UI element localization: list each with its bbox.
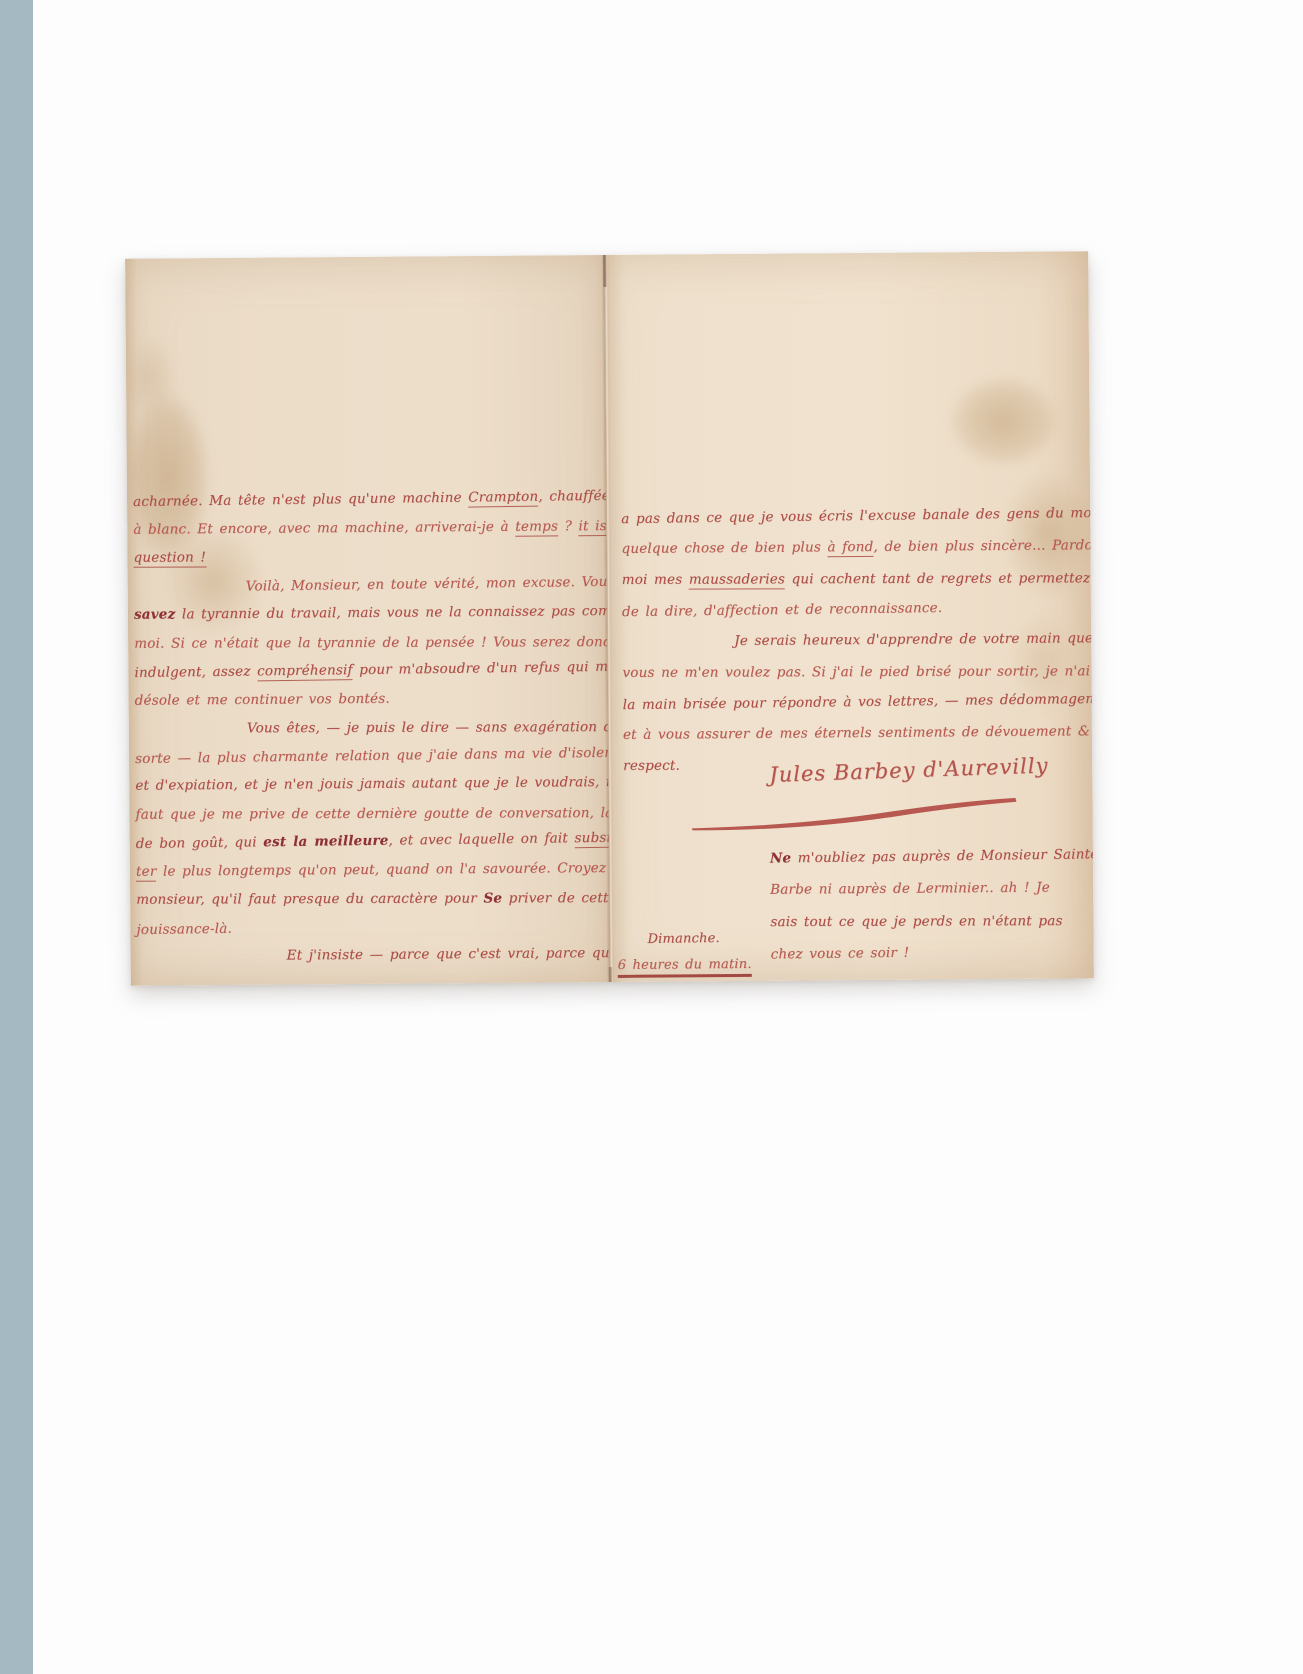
underlined-word: 6 heures du matin.	[618, 957, 752, 978]
handwritten-line: Barbe ni auprès de Lerminier.. ah ! Je	[770, 871, 1070, 905]
scan-page: acharnée. Ma tête n'est plus qu'une mach…	[0, 0, 1303, 1674]
underlined-word: maussaderies	[689, 571, 785, 589]
handwritten-line: Ne m'oubliez pas auprès de Monsieur Sain…	[770, 839, 1070, 875]
handwritten-line: sorte — la plus charmante relation que j…	[135, 738, 605, 773]
underlined-word: it is the	[578, 517, 609, 535]
handwritten-line: monsieur, qu'il faut presque du caractèr…	[136, 884, 606, 914]
handwritten-line: de la dire, d'affection et de reconnaiss…	[622, 591, 1084, 628]
handwritten-line: quelque chose de bien plus à fond, de bi…	[621, 530, 1083, 565]
handwritten-line: Je serais heureux d'apprendre de votre m…	[622, 623, 1084, 658]
handwritten-line: Vous êtes, — je puis le dire — sans exag…	[135, 713, 605, 743]
handwritten-line: savez la tyrannie du travail, mais vous …	[134, 597, 604, 629]
signature-flourish-stroke	[689, 793, 1019, 834]
emphasized-word: Se	[483, 890, 502, 906]
handwritten-line: chez vous ce soir !	[770, 935, 1070, 971]
emphasized-word: savez	[134, 606, 176, 622]
handwritten-line: désole et me continuer vos bontés.	[135, 683, 605, 715]
handwritten-line: sais tout ce que je perds en n'étant pas	[770, 905, 1070, 938]
handwritten-line: et d'expiation, et je n'en jouis jamais …	[135, 768, 605, 800]
letter-page-left: acharnée. Ma tête n'est plus qu'une mach…	[125, 255, 610, 986]
stain-mark	[933, 363, 1074, 479]
underlined-word: ter	[136, 863, 157, 881]
underlined-word: compréhensif	[257, 662, 353, 681]
handwritten-line: Et j'insiste — parce que c'est vrai, par…	[137, 939, 607, 971]
emphasized-word: Ne	[770, 850, 792, 866]
underlined-word: subsis-	[574, 830, 609, 849]
underlined-word: à fond	[827, 539, 873, 557]
letter-page-right: a pas dans ce que je vous écris l'excuse…	[604, 251, 1094, 982]
fold-notch-bottom	[609, 967, 612, 982]
handwritten-line: à blanc. Et encore, avec ma machine, arr…	[133, 512, 603, 544]
fold-notch-top	[603, 255, 606, 287]
dateline-text: Dimanche.6 heures du matin.	[617, 926, 747, 979]
underlined-word: temps	[515, 518, 558, 536]
handwritten-line: jouissance-là.	[136, 909, 606, 944]
emphasized-word: est la meilleure	[263, 833, 388, 851]
underlined-word: Crampton	[468, 489, 538, 508]
stain-mark	[125, 318, 186, 439]
letter-scan: acharnée. Ma tête n'est plus qu'une mach…	[125, 251, 1094, 986]
handwritten-line: la main brisée pour répondre à vos lettr…	[622, 684, 1084, 721]
handwritten-line: 6 heures du matin.	[618, 952, 748, 979]
left-page-text: acharnée. Ma tête n'est plus qu'une mach…	[133, 483, 607, 971]
underlined-word: question !	[133, 549, 206, 567]
handwritten-line: ter le plus longtemps qu'on peut, quand …	[136, 854, 606, 886]
handwritten-line: et à vous assurer de mes éternels sentim…	[623, 716, 1085, 751]
handwritten-line: Dimanche.	[617, 926, 747, 954]
handwritten-line: question !	[133, 542, 603, 572]
right-page-text: a pas dans ce que je vous écris l'excuse…	[621, 499, 1085, 782]
handwritten-line: a pas dans ce que je vous écris l'excuse…	[621, 498, 1083, 535]
handwritten-line: Voilà, Monsieur, en toute vérité, mon ex…	[134, 567, 604, 602]
postscript-text: Ne m'oubliez pas auprès de Monsieur Sain…	[770, 839, 1071, 969]
left-accent-bar	[0, 0, 33, 1674]
